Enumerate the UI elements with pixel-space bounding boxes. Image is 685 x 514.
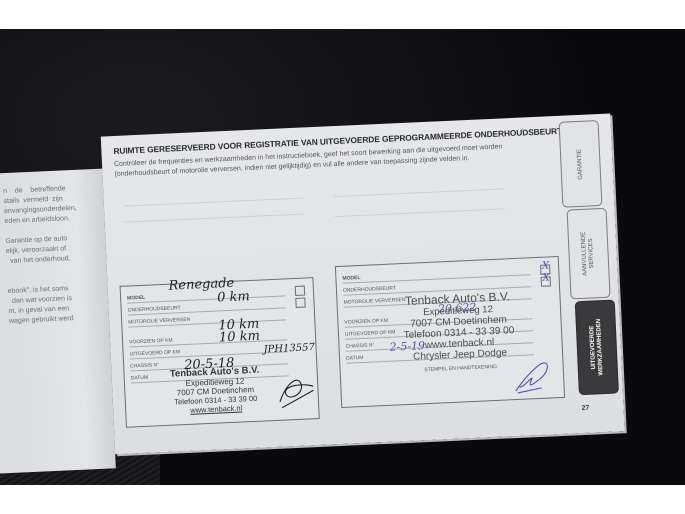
handwritten-done-km: 10 km: [219, 329, 261, 346]
handwritten-service-km: 0 km: [217, 289, 250, 305]
stamp-label: STEMPEL EN HANDTEKENING: [401, 363, 521, 374]
dealer-stamp-1: Tenback Auto's B.V. Expeditieweg 12 7007…: [154, 364, 276, 416]
page-number: 27: [581, 405, 589, 412]
tab-uitgevoerde-werkzaamheden[interactable]: UITGEVOERDE WERKZAAMHEDEN: [575, 299, 619, 395]
service-record-2: MODEL ONDERHOUDSBEURT MOTOROLIE VERVERSE…: [335, 256, 565, 408]
checkbox-oil: [295, 298, 305, 308]
handwritten-chassis: JPH13557: [263, 342, 315, 355]
photo-background: n de betreffende stails vermeld zijn env…: [0, 29, 685, 485]
check-mark-2: X: [542, 272, 550, 283]
check-mark-1: X: [542, 260, 550, 271]
service-record-1: MODEL ONDERHOUDSBEURT MOTOROLIE VERVERSE…: [120, 277, 320, 428]
checkbox-service: [295, 286, 305, 296]
signature-1: [273, 370, 319, 412]
signature-2: [510, 357, 556, 395]
tab-garantie[interactable]: GARANTIE: [559, 120, 603, 208]
maintenance-booklet: n de betreffende stails vermeld zijn env…: [0, 94, 625, 468]
right-page: RUIMTE GERESERVEERD VOOR REGISTRATIE VAN…: [101, 113, 625, 454]
left-page-text: n de betreffende stails vermeld zijn env…: [3, 184, 82, 327]
tab-aanvullende-services[interactable]: AANVULLENDE SERVICES: [567, 208, 611, 300]
left-page: n de betreffende stails vermeld zijn env…: [0, 169, 116, 475]
dealer-stamp-2: Tenback Auto's B.V. Expeditieweg 12 7007…: [377, 288, 540, 364]
